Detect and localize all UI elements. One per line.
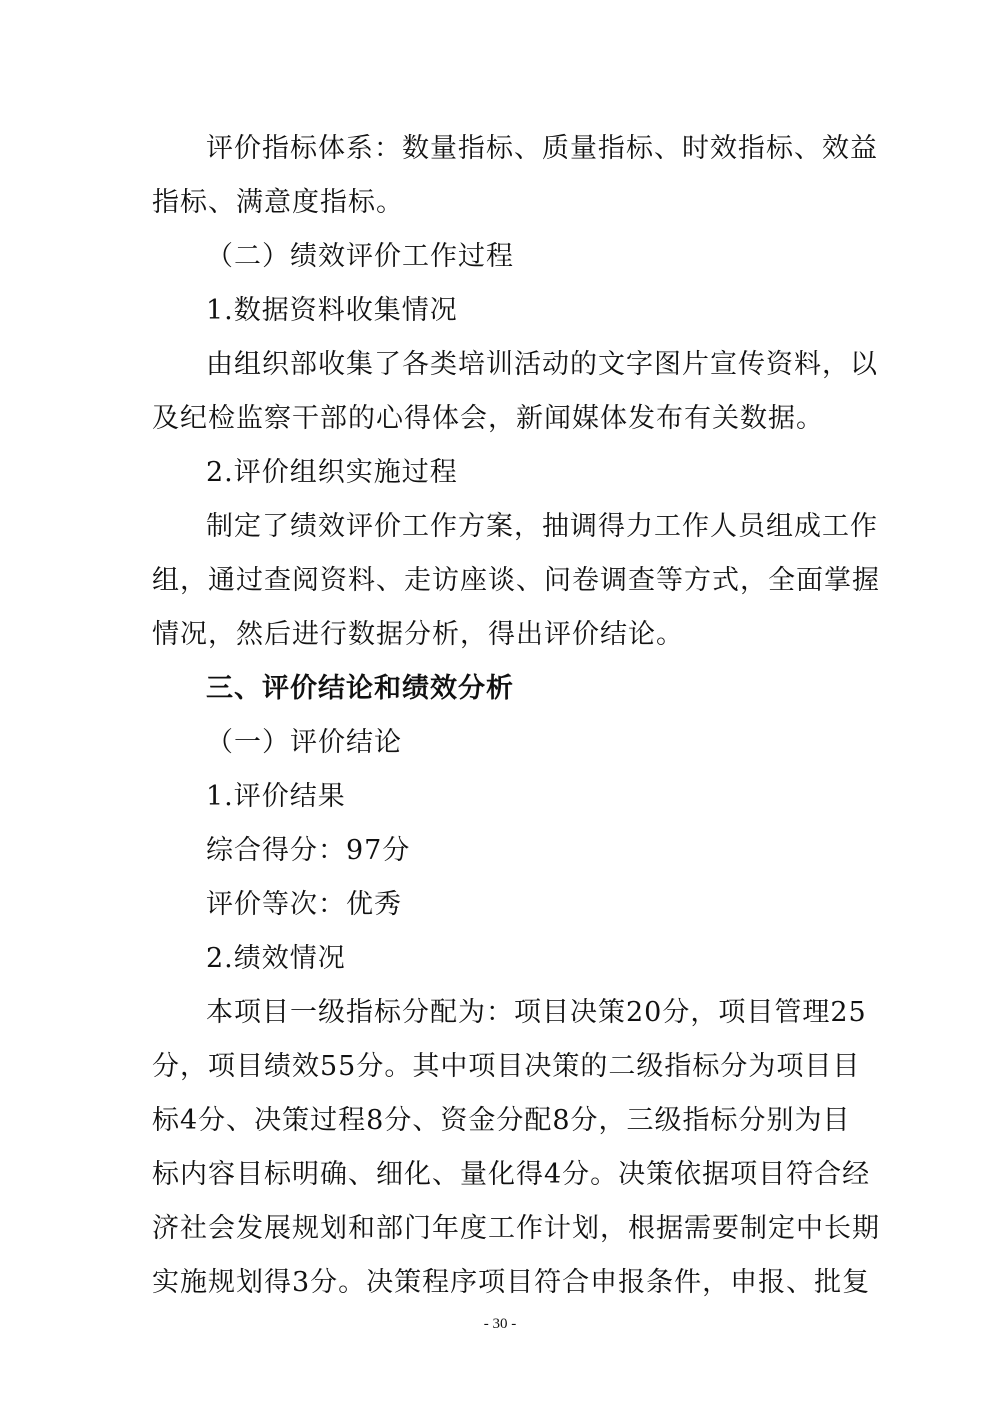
- page-number: - 30 -: [0, 1316, 1000, 1333]
- text-line: （一）评价结论: [206, 727, 906, 759]
- text-line: 2.评价组织实施过程: [206, 457, 906, 489]
- section-heading: 三、评价结论和绩效分析: [206, 673, 906, 705]
- text-line: 实施规划得3分。决策程序项目符合申报条件，申报、批复: [152, 1267, 848, 1299]
- text-line: 标内容目标明确、细化、量化得4分。决策依据项目符合经: [152, 1159, 848, 1191]
- text-line: 济社会发展规划和部门年度工作计划，根据需要制定中长期: [152, 1213, 848, 1245]
- text-line: 由组织部收集了各类培训活动的文字图片宣传资料，以: [206, 349, 848, 381]
- text-line: 分，项目绩效55分。其中项目决策的二级指标分为项目目: [152, 1051, 848, 1083]
- text-line: 情况，然后进行数据分析，得出评价结论。: [152, 619, 852, 651]
- text-line: 指标、满意度指标。: [152, 187, 852, 219]
- text-line: （二）绩效评价工作过程: [206, 241, 906, 273]
- text-line: 评价等次：优秀: [206, 889, 906, 921]
- text-line: 本项目一级指标分配为：项目决策20分，项目管理25: [206, 997, 848, 1029]
- text-line: 2.绩效情况: [206, 943, 906, 975]
- text-line: 制定了绩效评价工作方案，抽调得力工作人员组成工作: [206, 511, 848, 543]
- document-page: 评价指标体系：数量指标、质量指标、时效指标、效益指标、满意度指标。（二）绩效评价…: [0, 0, 1000, 1414]
- text-line: 及纪检监察干部的心得体会，新闻媒体发布有关数据。: [152, 403, 852, 435]
- text-line: 组，通过查阅资料、走访座谈、问卷调查等方式，全面掌握: [152, 565, 848, 597]
- text-line: 1.评价结果: [206, 781, 906, 813]
- text-line: 评价指标体系：数量指标、质量指标、时效指标、效益: [206, 133, 848, 165]
- text-line: 标4分、决策过程8分、资金分配8分，三级指标分别为目: [152, 1105, 848, 1137]
- text-line: 1.数据资料收集情况: [206, 295, 906, 327]
- text-line: 综合得分：97分: [206, 835, 906, 867]
